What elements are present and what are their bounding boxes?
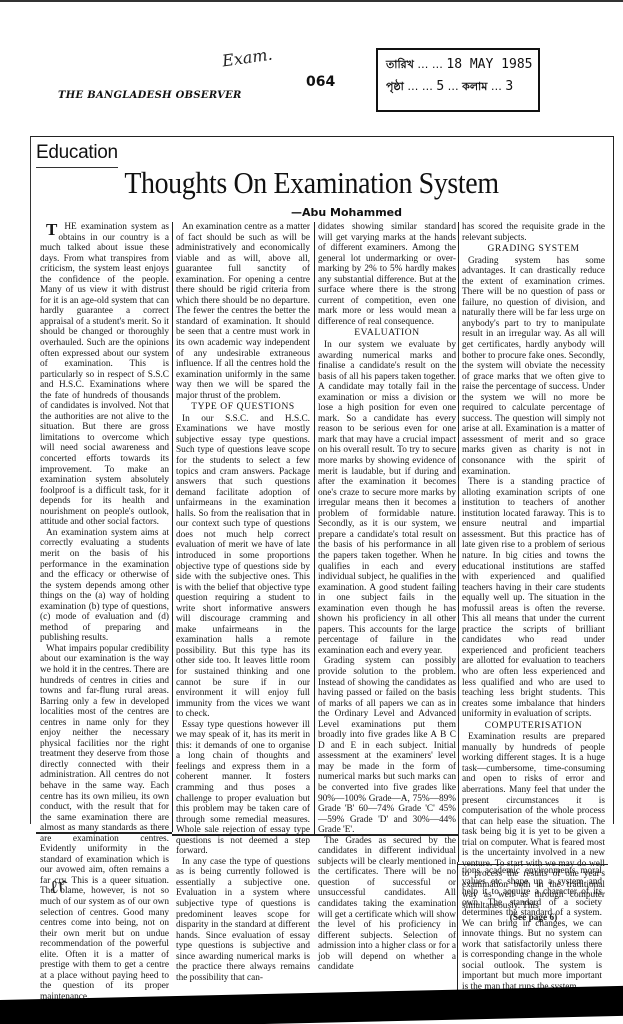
archive-stamp: তারিখ … … 18 MAY 1985 পৃষ্ঠা … … 5 … কলা… [376,48,540,112]
stamp-page-value: 5 [436,79,444,94]
subheading: COMPUTERISATION [462,721,605,732]
stamp-column-value: 3 [505,79,513,94]
article-column-3: didates showing similar standard will ge… [318,222,456,973]
bottom-rule [172,834,458,836]
bottom-rule [36,832,172,834]
scan-bottom-corner [0,1004,40,1024]
newspaper-masthead: THE BANGLADESH OBSERVER [58,90,242,101]
article-continuation: tions academic environments moral values… [462,866,602,993]
article-column-2: An examination centre as a matter of fac… [176,222,310,983]
continuation-left-rule [457,862,458,1002]
paragraph: An examination system aims at correctly … [40,528,169,644]
clip-number: 064 [306,74,335,90]
paragraph: An examination centre as a matter of fac… [176,222,310,401]
stamp-date-label: তারিখ [386,58,414,71]
stamp-page-label: পৃষ্ঠা [386,80,404,93]
paragraph: didates showing similar standard will ge… [318,222,456,327]
paragraph: In our system we evaluate by awarding nu… [318,340,456,656]
continuation-text: tions academic environments moral values… [462,866,602,993]
column-rule [458,222,459,862]
paragraph: The Grades as secured by the candidates … [318,836,456,973]
paragraph: In our S.S.C. and H.S.C. Examinations we… [176,414,310,720]
paragraph: There is a standing practice of alloting… [462,477,605,720]
scan-top-edge [0,0,623,2]
article-byline: —Abu Mohammed [0,206,623,219]
stamp-page-row: পৃষ্ঠা … … 5 … কলাম … 3 [386,76,530,98]
paragraph: Essay type questions however ill we may … [176,720,310,857]
stamp-date-row: তারিখ … … 18 MAY 1985 [386,54,530,76]
paragraph: has scored the requisite grade in the re… [462,222,605,243]
paragraph: THE examination system as obtains in our… [40,222,169,528]
subheading: GRADING SYSTEM [462,244,605,255]
handwritten-annotation: Exam. [221,45,274,71]
paragraph: In any case the type of questions as is … [176,857,310,984]
article-column-4: has scored the requisite grade in the re… [462,222,605,923]
article-headline: Thoughts On Examination System [31,165,592,201]
column-rule [172,222,173,832]
paragraph: Grading system can possibly provide solu… [318,656,456,835]
continuation-rule [458,864,608,865]
stamp-column-label: কলাম [462,80,487,93]
column-rule [314,222,315,834]
stamp-date-value: 18 MAY 1985 [446,57,532,72]
paragraph: Grading system has some advantages. It c… [462,256,605,477]
subheading: TYPE OF QUESTIONS [176,402,310,413]
paragraph: What impairs popular credibility about o… [40,644,169,1003]
subheading: EVALUATION [318,328,456,339]
